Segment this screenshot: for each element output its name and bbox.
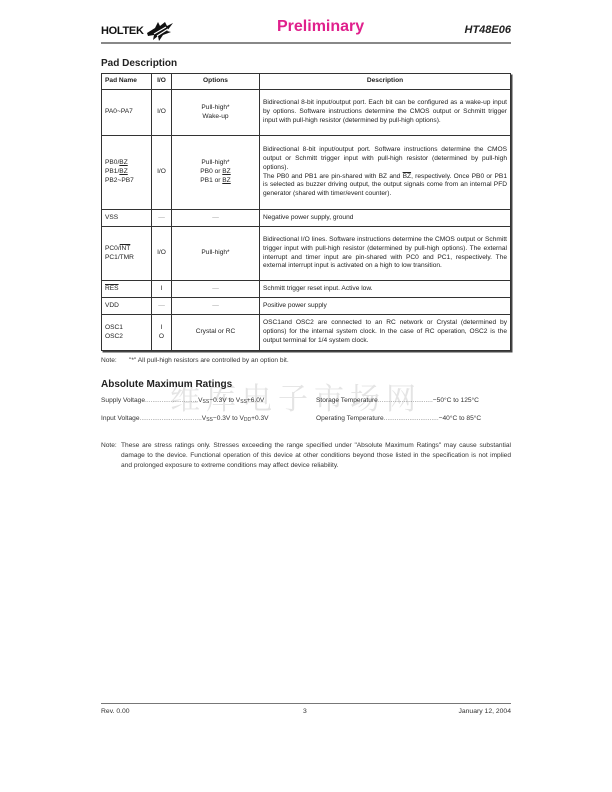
options-cell: Pull-high* Wake-up xyxy=(172,90,260,136)
rating-operating-temperature: Operating Temperature...................… xyxy=(316,415,481,422)
description-cell: Positive power supply xyxy=(260,298,511,315)
rating-label: Operating Temperature xyxy=(316,415,384,422)
footer-divider xyxy=(101,703,511,704)
table-row: PC0/INT PC1/TMR I/O Pull-high* Bidirecti… xyxy=(102,227,511,281)
rating-storage-temperature: Storage Temperature.....................… xyxy=(316,397,479,404)
pad-name-cell: PC0/INT PC1/TMR xyxy=(102,227,152,281)
pad-name-cell: RES xyxy=(102,281,152,298)
pad-name-cell: VDD xyxy=(102,298,152,315)
option: — xyxy=(212,214,219,221)
pad-name-cell: VSS xyxy=(102,210,152,227)
options-cell: — xyxy=(172,298,260,315)
options-cell: — xyxy=(172,281,260,298)
description-cell: Bidirectional 8-bit input/output port. S… xyxy=(260,136,511,210)
table-row: VSS — — Negative power supply, ground xyxy=(102,210,511,227)
option: PB0 or BZ xyxy=(175,168,256,177)
io-cell: — xyxy=(152,298,172,315)
pad-name: OSC1 xyxy=(105,324,148,333)
part-number: HT48E06 xyxy=(465,24,511,36)
table-row: PA0~PA7 I/O Pull-high* Wake-up Bidirecti… xyxy=(102,90,511,136)
io-value: I/O xyxy=(157,249,166,256)
option: PB1 or BZ xyxy=(175,177,256,186)
options-cell: — xyxy=(172,210,260,227)
pad-note: Note:"*" All pull-high resistors are con… xyxy=(101,357,289,364)
io-value: I xyxy=(161,285,163,292)
description-cell: Bidirectional 8-bit input/output port. E… xyxy=(260,90,511,136)
footer-page-number: 3 xyxy=(303,708,307,715)
pad-name: PB1/BZ xyxy=(105,168,148,177)
options-cell: Pull-high* xyxy=(172,227,260,281)
options-cell: Pull-high* PB0 or BZ PB1 or BZ xyxy=(172,136,260,210)
column-header-options: Options xyxy=(172,74,260,90)
rating-label: Supply Voltage xyxy=(101,397,145,404)
table-header-row: Pad Name I/O Options Description xyxy=(102,74,511,90)
pad-description-table: Pad Name I/O Options Description PA0~PA7… xyxy=(101,73,511,351)
option: — xyxy=(212,302,219,309)
note-label: Note: xyxy=(101,357,129,364)
description-cell: Schmitt trigger reset input. Active low. xyxy=(260,281,511,298)
io-cell: I/O xyxy=(152,227,172,281)
rating-label: Storage Temperature xyxy=(316,397,378,404)
io-value: O xyxy=(155,333,168,342)
pad-name: PA0~PA7 xyxy=(105,108,133,115)
description-cell: OSC1and OSC2 are connected to an RC netw… xyxy=(260,315,511,351)
footer-revision: Rev. 0.00 xyxy=(101,708,130,715)
ratings-note: Note: These are stress ratings only. Str… xyxy=(101,441,511,471)
pad-name: PC1/TMR xyxy=(105,254,148,263)
option: — xyxy=(212,285,219,292)
header-divider xyxy=(101,42,511,44)
note-text: These are stress ratings only. Stresses … xyxy=(101,441,511,471)
pad-name: VSS xyxy=(105,214,118,221)
io-value: — xyxy=(158,214,165,221)
pad-name: PC0/INT xyxy=(105,245,148,254)
note-text: "*" All pull-high resistors are controll… xyxy=(129,357,289,364)
io-cell: — xyxy=(152,210,172,227)
io-cell: I/O xyxy=(152,90,172,136)
footer-date: January 12, 2004 xyxy=(458,708,511,715)
io-cell: I/O xyxy=(152,136,172,210)
io-value: I xyxy=(155,324,168,333)
column-header-io: I/O xyxy=(152,74,172,90)
table-row: PB0/BZ PB1/BZ PB2~PB7 I/O Pull-high* PB0… xyxy=(102,136,511,210)
absolute-max-ratings-title: Absolute Maximum Ratings xyxy=(101,379,232,390)
pad-name: PB2~PB7 xyxy=(105,177,148,186)
rating-value: VSS−0.3V to VSS+6.0V xyxy=(198,397,264,404)
column-header-description: Description xyxy=(260,74,511,90)
options-cell: Crystal or RC xyxy=(172,315,260,351)
pad-name-cell: PB0/BZ PB1/BZ PB2~PB7 xyxy=(102,136,152,210)
description-cell: Negative power supply, ground xyxy=(260,210,511,227)
io-cell: I O xyxy=(152,315,172,351)
pad-description-title: Pad Description xyxy=(101,58,177,69)
table-row: VDD — — Positive power supply xyxy=(102,298,511,315)
rating-value: VSS−0.3V to VDD+0.3V xyxy=(202,415,269,422)
page-header: HOLTEK Preliminary HT48E06 xyxy=(101,14,511,42)
option: Wake-up xyxy=(175,113,256,122)
rating-value: −40°C to 85°C xyxy=(439,415,481,422)
pad-name-cell: OSC1 OSC2 xyxy=(102,315,152,351)
rating-value: −50°C to 125°C xyxy=(433,397,479,404)
rating-supply-voltage: Supply Voltage..........................… xyxy=(101,397,264,405)
option: Pull-high* xyxy=(175,159,256,168)
pad-name: OSC2 xyxy=(105,333,148,342)
rating-input-voltage: Input Voltage...........................… xyxy=(101,415,269,423)
note-label: Note: xyxy=(101,441,117,451)
io-value: I/O xyxy=(157,108,166,115)
rating-label: Input Voltage xyxy=(101,415,140,422)
description-cell: Bidirectional I/O lines. Software instru… xyxy=(260,227,511,281)
option: Pull-high* xyxy=(175,104,256,113)
pad-name: RES xyxy=(105,285,119,292)
table-row: OSC1 OSC2 I O Crystal or RC OSC1and OSC2… xyxy=(102,315,511,351)
pad-name-cell: PA0~PA7 xyxy=(102,90,152,136)
document-status: Preliminary xyxy=(277,18,364,36)
option: Crystal or RC xyxy=(196,328,236,335)
pad-name: PB0/BZ xyxy=(105,159,148,168)
table-row: RES I — Schmitt trigger reset input. Act… xyxy=(102,281,511,298)
column-header-pad-name: Pad Name xyxy=(102,74,152,90)
io-cell: I xyxy=(152,281,172,298)
pad-name: VDD xyxy=(105,302,119,309)
io-value: — xyxy=(158,302,165,309)
io-value: I/O xyxy=(157,168,166,175)
holtek-logo-mark-icon xyxy=(145,20,175,42)
logo-text: HOLTEK xyxy=(101,25,144,37)
option: Pull-high* xyxy=(201,249,229,256)
holtek-logo: HOLTEK xyxy=(101,21,175,41)
